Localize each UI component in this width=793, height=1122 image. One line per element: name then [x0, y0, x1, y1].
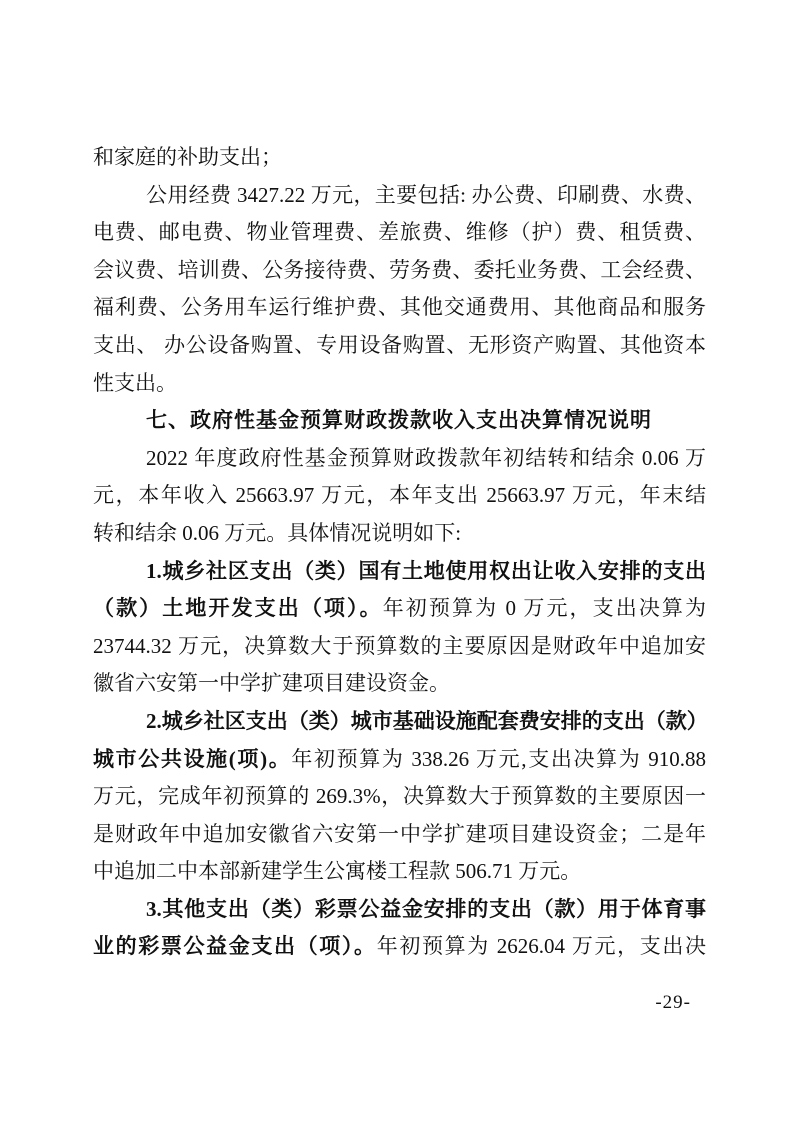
text-line: 中追加二中本部新建学生公寓楼工程款 506.71 万元。 [93, 853, 706, 891]
text-segment: 万元，完成年初预算的 269.3%，决算数大于预算数的主要原因一 [93, 784, 706, 808]
text-line: 转和结余 0.06 万元。具体情况说明如下: [93, 515, 706, 553]
text-segment: 中追加二中本部新建学生公寓楼工程款 506.71 万元。 [93, 859, 581, 883]
text-line: 性支出。 [93, 365, 706, 403]
text-line: 23744.32 万元，决算数大于预算数的主要原因是财政年中追加安 [93, 628, 706, 666]
bold-text-segment: 城市公共设施(项)。 [93, 747, 291, 771]
section-heading: 七、政府性基金预算财政拨款收入支出决算情况说明 [93, 402, 706, 440]
text-segment: 徽省六安第一中学扩建项目建设资金。 [93, 671, 450, 695]
text-line: 元，本年收入 25663.97 万元，本年支出 25663.97 万元，年末结 [93, 477, 706, 515]
text-line: 2022 年度政府性基金预算财政拨款年初结转和结余 0.06 万 [93, 440, 706, 478]
text-line: 业的彩票公益金支出（项）。年初预算为 2626.04 万元，支出决 [93, 928, 706, 966]
text-line: 2.城乡社区支出（类）城市基础设施配套费安排的支出（款） [93, 703, 706, 741]
document-text-block: 和家庭的补助支出；公用经费 3427.22 万元，主要包括: 办公费、印刷费、水… [93, 139, 706, 966]
text-line: 徽省六安第一中学扩建项目建设资金。 [93, 665, 706, 703]
text-segment: 年初预算为 338.26 万元,支出决算为 910.88 [291, 747, 706, 771]
bold-text-segment: 2.城乡社区支出（类）城市基础设施配套费安排的支出（款） [146, 709, 708, 733]
bold-text-segment: 业的彩票公益金支出（项）。 [93, 934, 377, 958]
text-line: 1.城乡社区支出（类）国有土地使用权出让收入安排的支出 [93, 553, 706, 591]
text-line: 电费、邮电费、物业管理费、差旅费、维修（护）费、租赁费、 [93, 214, 706, 252]
text-segment: 23744.32 万元，决算数大于预算数的主要原因是财政年中追加安 [93, 634, 706, 658]
text-segment: 公用经费 3427.22 万元，主要包括: 办公费、印刷费、水费、 [146, 183, 706, 207]
text-segment: 年初预算为 2626.04 万元，支出决 [377, 934, 706, 958]
page-number: -29- [655, 992, 691, 1014]
text-line: 公用经费 3427.22 万元，主要包括: 办公费、印刷费、水费、 [93, 177, 706, 215]
text-line: 支出、 办公设备购置、专用设备购置、无形资产购置、其他资本 [93, 327, 706, 365]
text-line: 会议费、培训费、公务接待费、劳务费、委托业务费、工会经费、 [93, 252, 706, 290]
text-segment: 是财政年中追加安徽省六安第一中学扩建项目建设资金；二是年 [93, 822, 706, 846]
text-segment: 电费、邮电费、物业管理费、差旅费、维修（护）费、租赁费、 [93, 220, 706, 244]
text-segment: 性支出。 [93, 371, 177, 395]
text-segment: 转和结余 0.06 万元。具体情况说明如下: [93, 521, 461, 545]
text-line: 城市公共设施(项)。年初预算为 338.26 万元,支出决算为 910.88 [93, 741, 706, 779]
text-line: 和家庭的补助支出； [93, 139, 706, 177]
text-line: 万元，完成年初预算的 269.3%，决算数大于预算数的主要原因一 [93, 778, 706, 816]
text-segment: 2022 年度政府性基金预算财政拨款年初结转和结余 0.06 万 [146, 446, 706, 470]
text-line: 福利费、公务用车运行维护费、其他交通费用、其他商品和服务 [93, 289, 706, 327]
bold-text-segment: 1.城乡社区支出（类）国有土地使用权出让收入安排的支出 [146, 559, 706, 583]
bold-text-segment: 七、政府性基金预算财政拨款收入支出决算情况说明 [146, 409, 652, 432]
text-segment: 年初预算为 0 万元，支出决算为 [383, 596, 706, 620]
text-segment: 和家庭的补助支出； [93, 145, 282, 169]
text-segment: 元，本年收入 25663.97 万元，本年支出 25663.97 万元，年末结 [93, 483, 706, 507]
bold-text-segment: （款）土地开发支出（项）。 [93, 596, 383, 620]
text-line: （款）土地开发支出（项）。年初预算为 0 万元，支出决算为 [93, 590, 706, 628]
text-segment: 支出、 办公设备购置、专用设备购置、无形资产购置、其他资本 [93, 333, 706, 357]
text-line: 是财政年中追加安徽省六安第一中学扩建项目建设资金；二是年 [93, 816, 706, 854]
text-segment: 会议费、培训费、公务接待费、劳务费、委托业务费、工会经费、 [93, 258, 706, 282]
document-page: 和家庭的补助支出；公用经费 3427.22 万元，主要包括: 办公费、印刷费、水… [0, 0, 793, 1122]
text-line: 3.其他支出（类）彩票公益金安排的支出（款）用于体育事 [93, 891, 706, 929]
bold-text-segment: 3.其他支出（类）彩票公益金安排的支出（款）用于体育事 [146, 897, 706, 921]
text-segment: 福利费、公务用车运行维护费、其他交通费用、其他商品和服务 [93, 295, 706, 319]
